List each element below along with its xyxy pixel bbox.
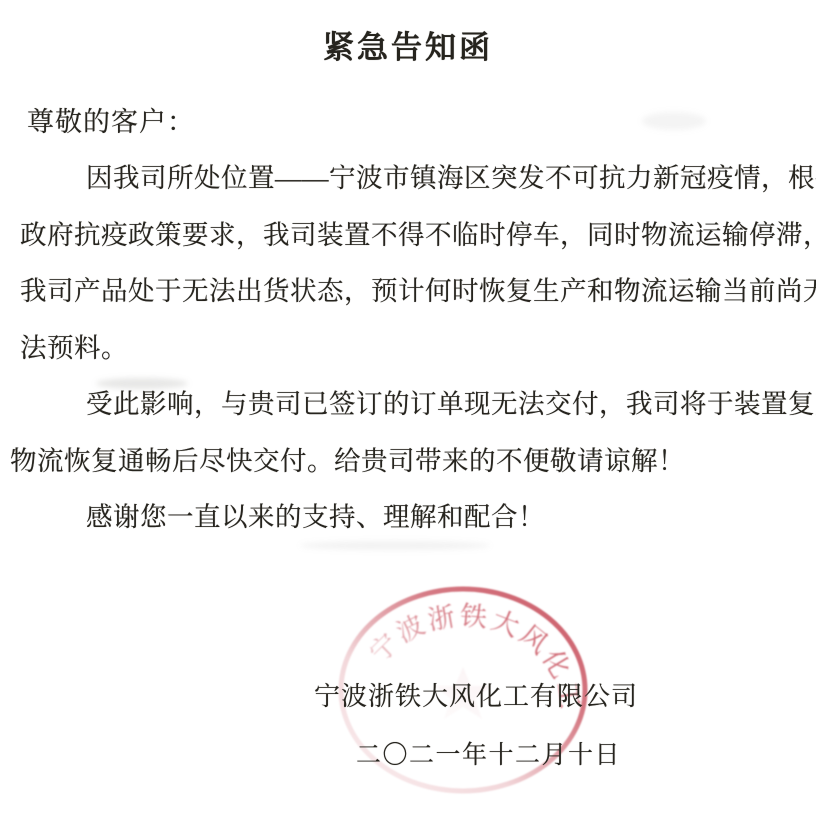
letter-body: 因我司所处位置——宁波市镇海区突发不可抗力新冠疫情，根据 政府抗疫政策要求，我司… bbox=[24, 150, 798, 546]
scan-smudge bbox=[642, 112, 706, 130]
letter-title: 紧急告知函 bbox=[0, 22, 816, 67]
salutation: 尊敬的客户： bbox=[27, 100, 195, 139]
body-line: 法预料。 bbox=[20, 320, 798, 377]
body-line: 因我司所处位置——宁波市镇海区突发不可抗力新冠疫情，根据 bbox=[24, 150, 798, 207]
scan-smudge bbox=[300, 541, 490, 550]
scan-smudge bbox=[96, 378, 188, 389]
letter-page: 紧急告知函 尊敬的客户： 因我司所处位置——宁波市镇海区突发不可抗力新冠疫情，根… bbox=[0, 0, 816, 817]
body-line: 物流恢复通畅后尽快交付。给贵司带来的不便敬请谅解！ bbox=[10, 433, 798, 490]
signature-date: 二〇二一年十二月十日 bbox=[356, 735, 621, 771]
body-line: 我司产品处于无法出货状态，预计何时恢复生产和物流运输当前尚无 bbox=[20, 263, 798, 320]
signature-company: 宁波浙铁大风化工有限公司 bbox=[314, 676, 638, 713]
body-line: 政府抗疫政策要求，我司装置不得不临时停车，同时物流运输停滞， bbox=[20, 207, 798, 264]
body-line: 感谢您一直以来的支持、理解和配合！ bbox=[24, 489, 798, 546]
